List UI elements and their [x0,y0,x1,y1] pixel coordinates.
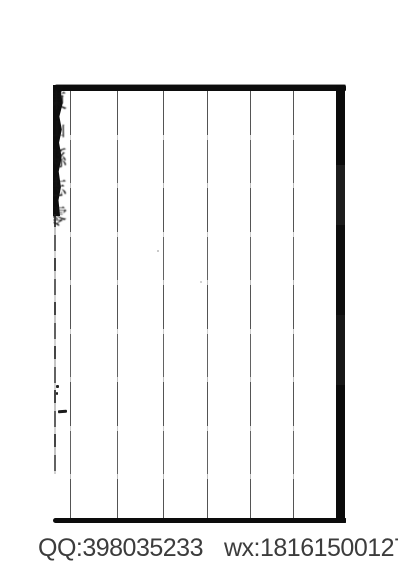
frame-border-right [336,85,345,523]
margin-title-char: 東 [53,88,70,117]
watermark-bar: QQ:398035233 wx:18161500127 [0,534,398,563]
column-rule-line [250,91,251,518]
ink-speck [200,281,202,283]
watermark-wx-text: wx:18161500127 [224,536,398,561]
ink-speck [157,250,159,252]
frame-border-top [55,85,346,91]
margin-title-char: 山 [53,117,70,146]
ink-speck [56,392,58,395]
scanned-book-page: 東 山 縣 志 零 QQ:398035233 wx:18161500127 [0,0,398,563]
margin-title-char: 縣 [53,146,70,175]
margin-title: 東 山 縣 志 零 [53,88,70,238]
column-rule-line [293,91,294,518]
column-rule-line [163,91,164,518]
column-rule-line [207,91,208,518]
watermark-qq-text: QQ:398035233 [38,536,203,561]
frame-border-left-lower [54,214,56,474]
column-rule-line [117,91,118,518]
frame-border-bottom [53,518,346,523]
margin-title-char: 志 [53,175,70,204]
column-rule-line [70,91,71,518]
page-number-mark [58,410,67,414]
ink-speck [56,385,59,388]
margin-title-char: 零 [53,204,70,234]
